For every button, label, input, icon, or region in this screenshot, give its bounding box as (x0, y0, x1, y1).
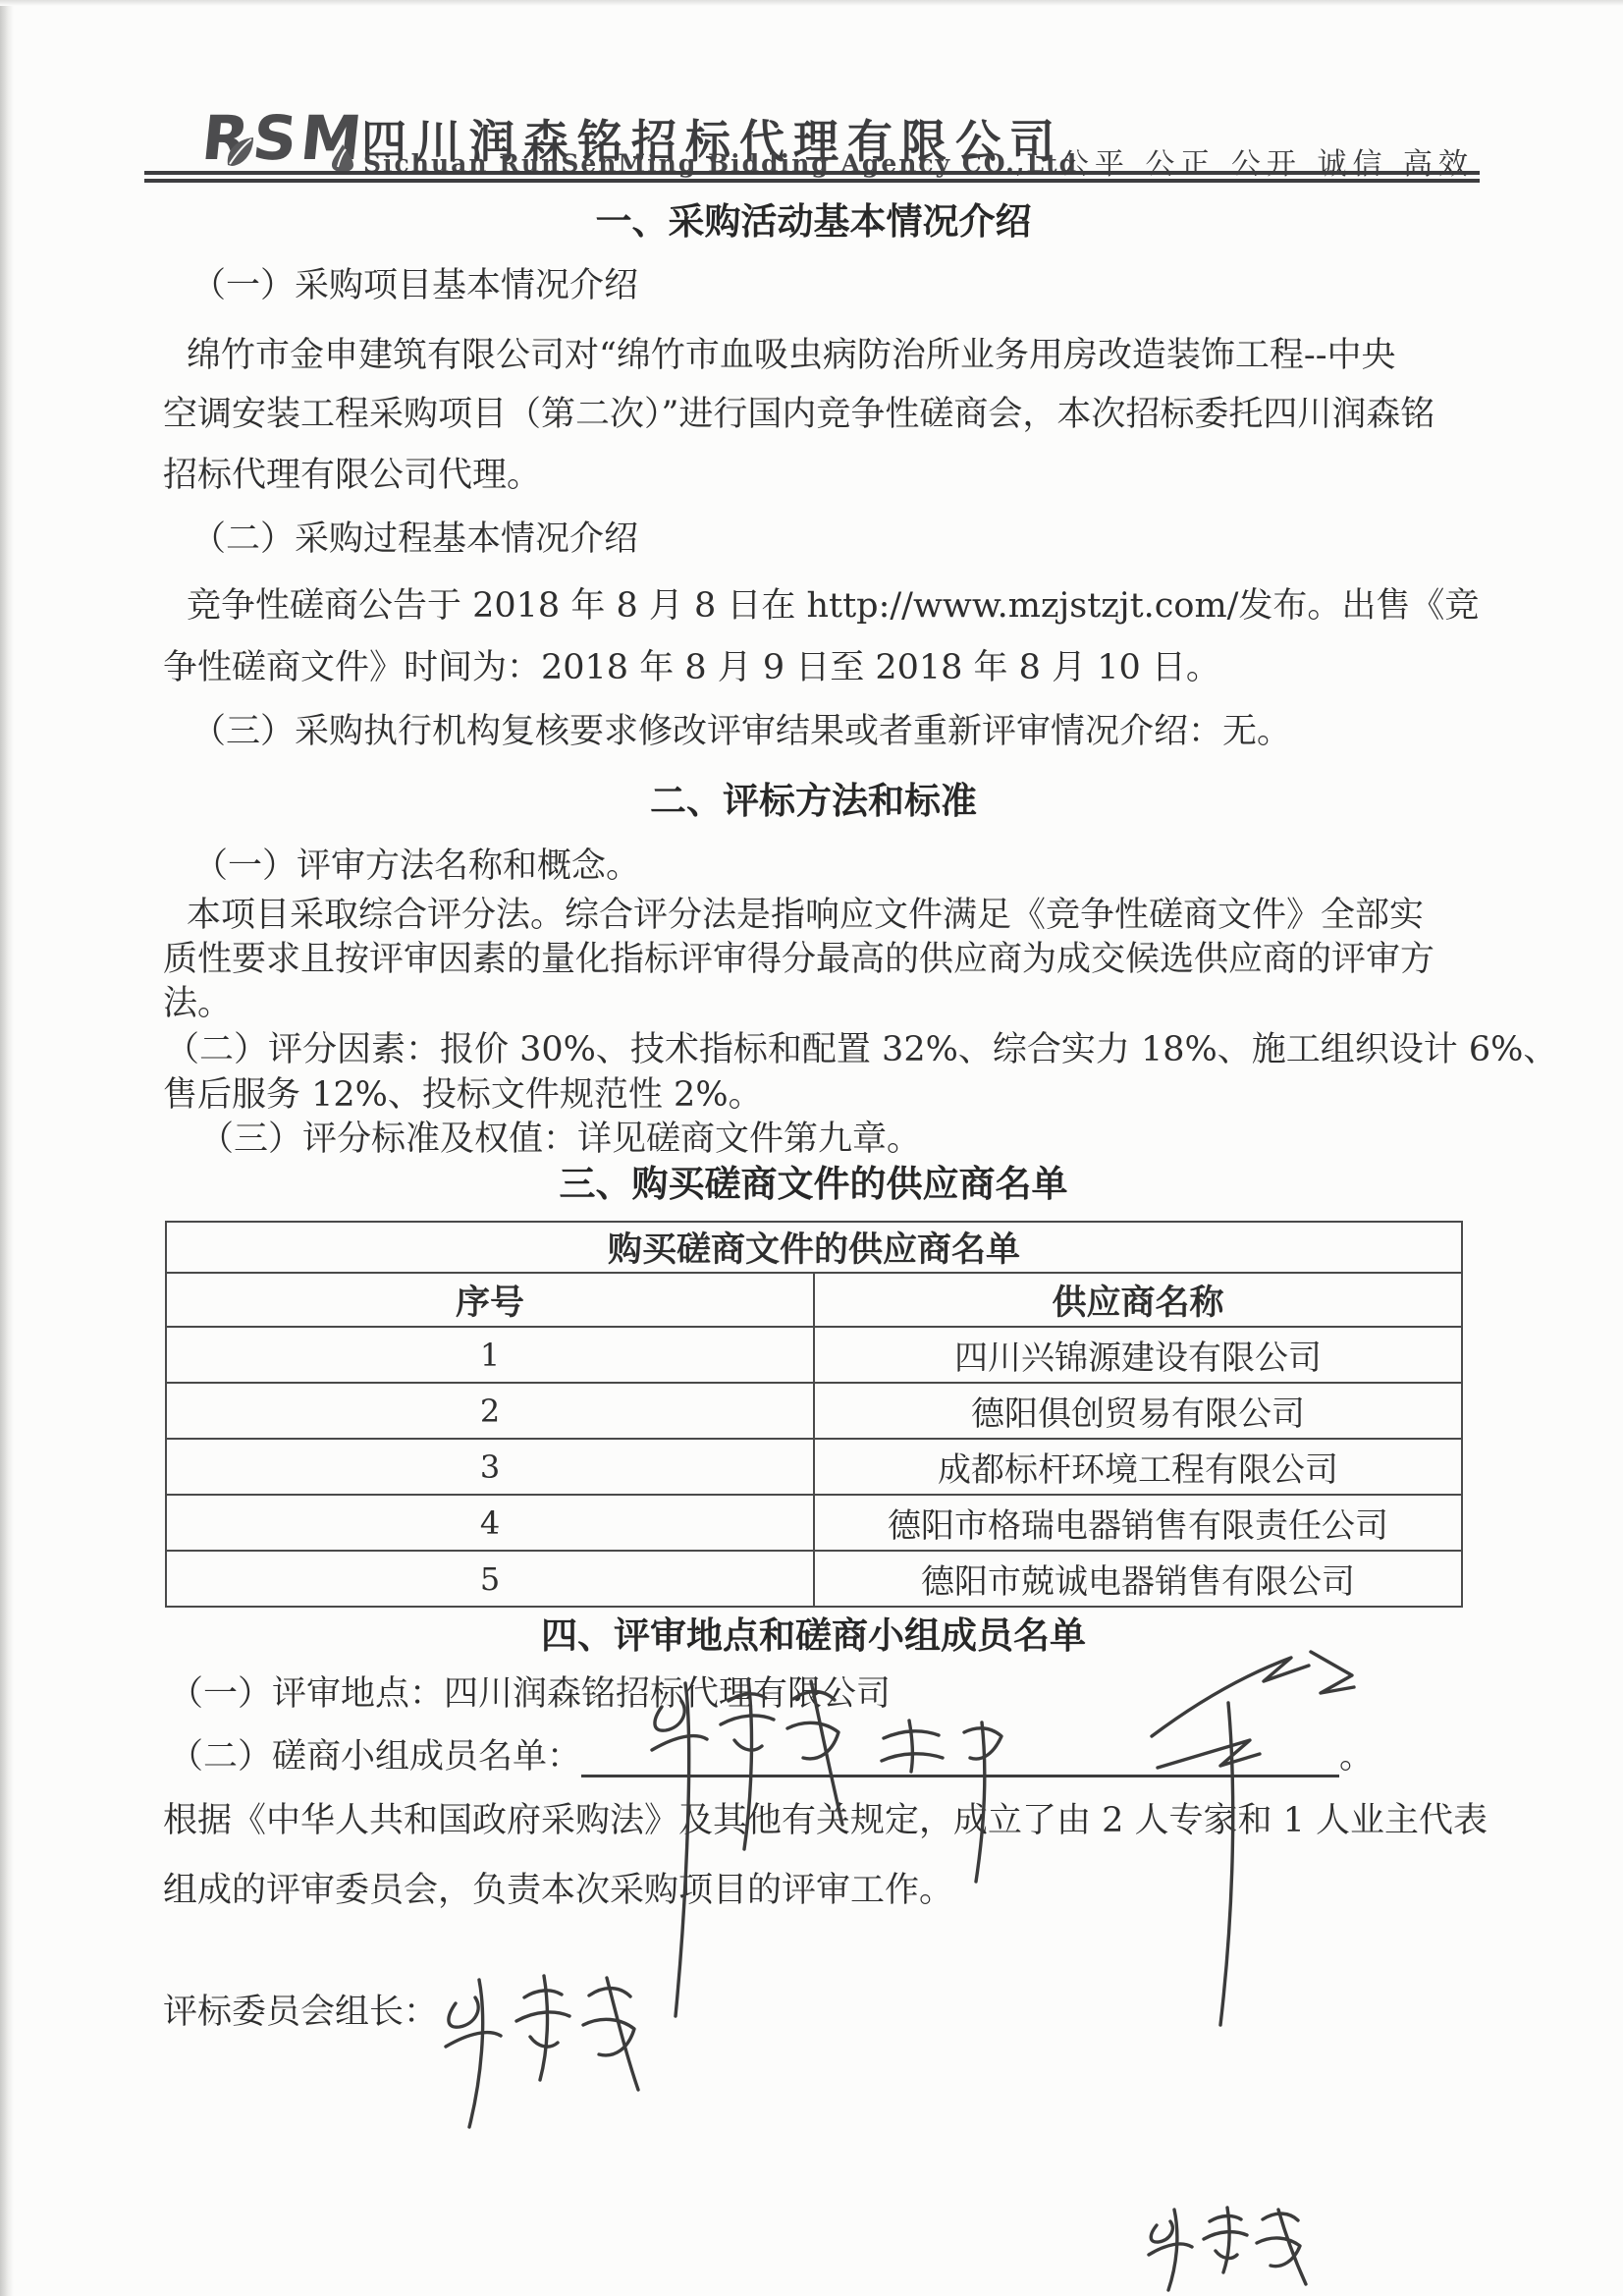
table-row: 3 成都标杆环境工程有限公司 (166, 1439, 1462, 1495)
row-seq: 2 (166, 1383, 814, 1439)
section2-item1: （一）评审方法名称和概念。 (193, 846, 640, 887)
member-list-label: （二）磋商小组成员名单： (169, 1737, 581, 1777)
section2-item2-line2: 售后服务 12%、投标文件规范性 2%。 (163, 1074, 763, 1116)
section1-paragraph2-line1: 竞争性磋商公告于 2018 年 8 月 8 日在 http://www.mzjs… (187, 585, 1479, 627)
section1-item2: （二）采购过程基本情况介绍 (191, 519, 638, 560)
section1-item3: （三）采购执行机构复核要求修改评审结果或者重新评审情况介绍：无。 (191, 711, 1291, 752)
logo-drop-icon (330, 143, 355, 173)
section1-paragraph1-line1: 绵竹市金申建筑有限公司对“绵竹市血吸虫病防治所业务用房改造装饰工程--中央 (187, 335, 1396, 376)
section4-item2: （二）磋商小组成员名单：。 (169, 1736, 1374, 1777)
row-seq: 5 (166, 1551, 814, 1607)
row-supplier-name: 德阳市兢诚电器销售有限公司 (814, 1551, 1462, 1607)
table-row: 4 德阳市格瑞电器销售有限责任公司 (166, 1495, 1462, 1551)
section4-title: 四、评审地点和磋商小组成员名单 (164, 1613, 1463, 1657)
row-supplier-name: 德阳市格瑞电器销售有限责任公司 (814, 1495, 1462, 1551)
company-slogan: 公平 公正 公开 诚信 高效 (1059, 139, 1474, 183)
table-row: 1 四川兴锦源建设有限公司 (166, 1327, 1462, 1383)
section1-paragraph1-line2: 空调安装工程采购项目（第二次）”进行国内竞争性磋商会，本次招标委托四川润森铭 (163, 394, 1434, 435)
logo-leaf-icon (224, 136, 263, 169)
scanned-document-page: RSM 四川润森铭招标代理有限公司 Sichuan RunSenMing Bid… (0, 0, 1623, 2296)
table-row: 5 德阳市兢诚电器销售有限公司 (166, 1551, 1462, 1607)
table-title: 购买磋商文件的供应商名单 (166, 1222, 1462, 1273)
handwritten-signature-chair (430, 1962, 656, 2134)
row-seq: 3 (166, 1439, 814, 1495)
section2-item2-line1: （二）评分因素：报价 30%、技术指标和配置 32%、综合实力 18%、施工组织… (165, 1029, 1557, 1070)
section1-title: 一、采购活动基本情况介绍 (164, 199, 1463, 243)
section2-paragraph1-line2: 质性要求且按评审因素的量化指标评审得分最高的供应商为成交候选供应商的评审方 (163, 939, 1434, 980)
handwritten-signature-member-2 (874, 1707, 1031, 1888)
column-header-seq: 序号 (166, 1273, 814, 1327)
header-rule-top (144, 171, 1480, 175)
member-list-period: 。 (1339, 1737, 1374, 1777)
section2-item3: （三）评分标准及权值：详见磋商文件第九章。 (199, 1119, 921, 1160)
signature-underline (581, 1737, 1339, 1777)
row-supplier-name: 成都标杆环境工程有限公司 (814, 1439, 1462, 1495)
section4-item1: （一）评审地点：四川润森铭招标代理有限公司 (169, 1673, 891, 1715)
row-seq: 4 (166, 1495, 814, 1551)
table-title-row: 购买磋商文件的供应商名单 (166, 1222, 1462, 1273)
row-supplier-name: 四川兴锦源建设有限公司 (814, 1327, 1462, 1383)
section2-paragraph1-line3: 法。 (163, 983, 232, 1024)
section2-title: 二、评标方法和标准 (164, 779, 1463, 822)
section2-paragraph1-line1: 本项目采取综合评分法。综合评分法是指响应文件满足《竞争性磋商文件》全部实 (187, 895, 1424, 936)
handwritten-signature-bottom (1137, 2198, 1319, 2296)
handwritten-signature-member-1 (638, 1667, 849, 2031)
section1-paragraph2-line2: 争性磋商文件》时间为：2018 年 8 月 9 日至 2018 年 8 月 10… (163, 647, 1220, 688)
table-header-row: 序号 供应商名称 (166, 1273, 1462, 1327)
section1-paragraph1-line3: 招标代理有限公司代理。 (163, 455, 541, 496)
section4-paragraph1-line2: 组成的评审委员会，负责本次采购项目的评审工作。 (163, 1870, 953, 1911)
scan-left-edge (0, 0, 14, 2296)
row-supplier-name: 德阳俱创贸易有限公司 (814, 1383, 1462, 1439)
table-row: 2 德阳俱创贸易有限公司 (166, 1383, 1462, 1439)
chair-signature-label: 评标委员会组长： (163, 1992, 438, 2033)
section1-item1: （一）采购项目基本情况介绍 (191, 265, 638, 306)
scan-top-edge (0, 0, 1623, 6)
column-header-name: 供应商名称 (814, 1273, 1462, 1327)
row-seq: 1 (166, 1327, 814, 1383)
section4-paragraph1-line1: 根据《中华人共和国政府采购法》及其他有关规定，成立了由 2 人专家和 1 人业主… (163, 1800, 1488, 1841)
section3-title: 三、购买磋商文件的供应商名单 (164, 1162, 1463, 1205)
header-rule-bottom (144, 179, 1480, 183)
suppliers-table: 购买磋商文件的供应商名单 序号 供应商名称 1 四川兴锦源建设有限公司 2 德阳… (165, 1221, 1463, 1608)
